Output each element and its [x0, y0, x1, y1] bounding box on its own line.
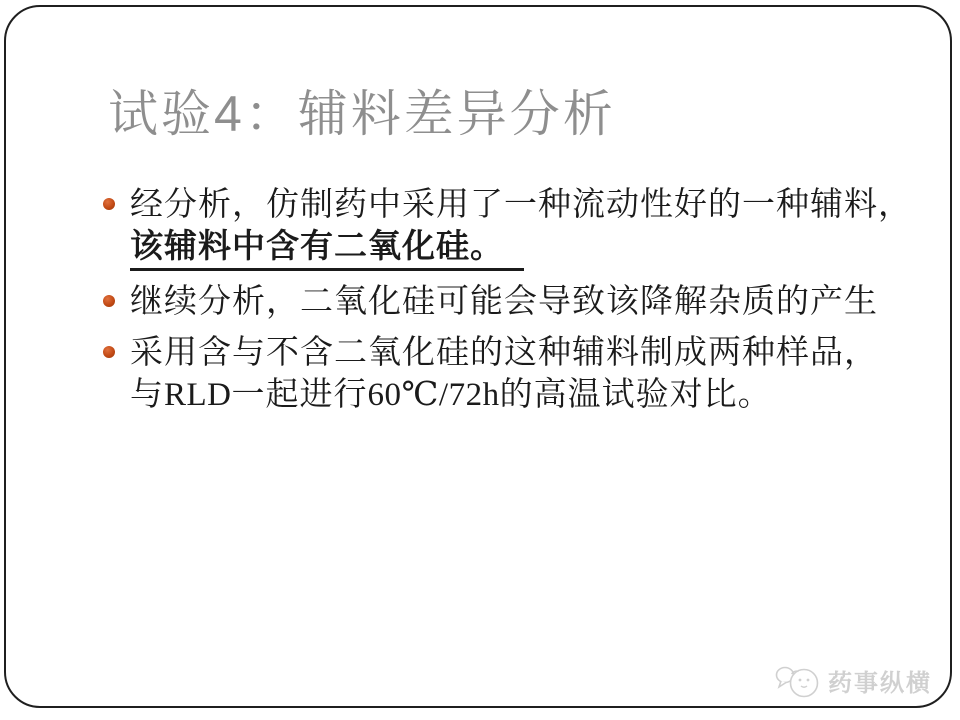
- bullet-2-line-1: 继续分析，二氧化硅可能会导致该降解杂质的产生: [130, 280, 878, 322]
- bullet-1-line-2: 该辅料中含有二氧化硅。: [130, 225, 912, 271]
- underlined-phrase: 该辅料中含有二氧化硅。: [130, 225, 524, 271]
- bullet-3-line-2: 与RLD一起进行60℃/72h的高温试验对比。: [130, 373, 878, 416]
- temperature-label: 60℃/72h: [368, 377, 500, 413]
- text-segment: 一起进行: [232, 375, 368, 412]
- text-segment: 的高温试验对比。: [500, 375, 772, 412]
- bullet-3-line-1: 采用含与不含二氧化硅的这种辅料制成两种样品，: [130, 331, 878, 373]
- bullet-list: 经分析，仿制药中采用了一种流动性好的一种辅料， 该辅料中含有二氧化硅。 继续分析…: [103, 183, 933, 425]
- rld-label: RLD: [164, 377, 232, 413]
- bullet-icon: [103, 295, 115, 307]
- watermark: 药事纵横: [775, 660, 932, 700]
- bullet-item-2: 继续分析，二氧化硅可能会导致该降解杂质的产生: [103, 280, 933, 322]
- mascot-chick-icon: [775, 660, 821, 700]
- bullet-item-1: 经分析，仿制药中采用了一种流动性好的一种辅料， 该辅料中含有二氧化硅。: [103, 183, 933, 271]
- presentation-slide: 试验4：辅料差异分析 经分析，仿制药中采用了一种流动性好的一种辅料， 该辅料中含…: [0, 0, 960, 720]
- bullet-item-3: 采用含与不含二氧化硅的这种辅料制成两种样品， 与RLD一起进行60℃/72h的高…: [103, 331, 933, 416]
- text-segment: 与: [130, 375, 164, 412]
- bullet-icon: [103, 198, 115, 210]
- watermark-label: 药事纵横: [828, 663, 932, 698]
- bullet-icon: [103, 346, 115, 358]
- slide-title: 试验4：辅料差异分析: [108, 74, 616, 146]
- bullet-1-line-1: 经分析，仿制药中采用了一种流动性好的一种辅料，: [130, 183, 912, 225]
